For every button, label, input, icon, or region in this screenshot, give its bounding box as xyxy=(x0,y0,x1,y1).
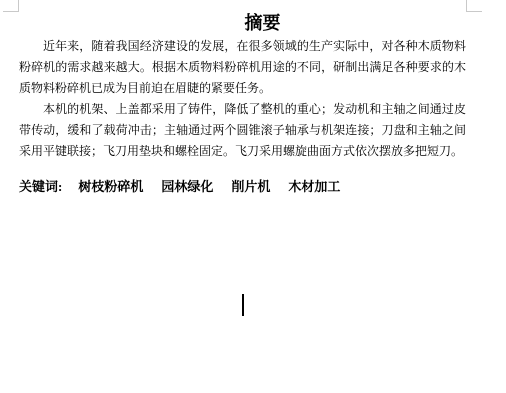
keyword-item: 木材加工 xyxy=(288,179,340,194)
text-cursor xyxy=(242,294,244,316)
keywords-line[interactable]: 关键词:树枝粉碎机园林绿化削片机木材加工 xyxy=(19,176,466,197)
keyword-item: 削片机 xyxy=(231,179,270,194)
keyword-item: 园林绿化 xyxy=(161,179,213,194)
abstract-paragraph-2[interactable]: 本机的机架、上盖都采用了铸件，降低了整机的重心；发动机和主轴之间通过皮带传动，缓… xyxy=(19,99,466,162)
keywords-label: 关键词: xyxy=(19,179,62,194)
abstract-paragraph-1[interactable]: 近年来，随着我国经济建设的发展，在很多领域的生产实际中，对各种木质物料粉碎机的需… xyxy=(19,36,466,99)
text-boundary-mark-top-right-icon xyxy=(466,0,482,12)
document-content: 摘要 近年来，随着我国经济建设的发展，在很多领域的生产实际中，对各种木质物料粉碎… xyxy=(19,12,466,197)
text-boundary-mark-top-left-icon xyxy=(3,0,19,12)
abstract-title[interactable]: 摘要 xyxy=(19,12,466,34)
document-page[interactable]: 摘要 近年来，随着我国经济建设的发展，在很多领域的生产实际中，对各种木质物料粉碎… xyxy=(0,0,506,393)
keyword-item: 树枝粉碎机 xyxy=(78,179,143,194)
